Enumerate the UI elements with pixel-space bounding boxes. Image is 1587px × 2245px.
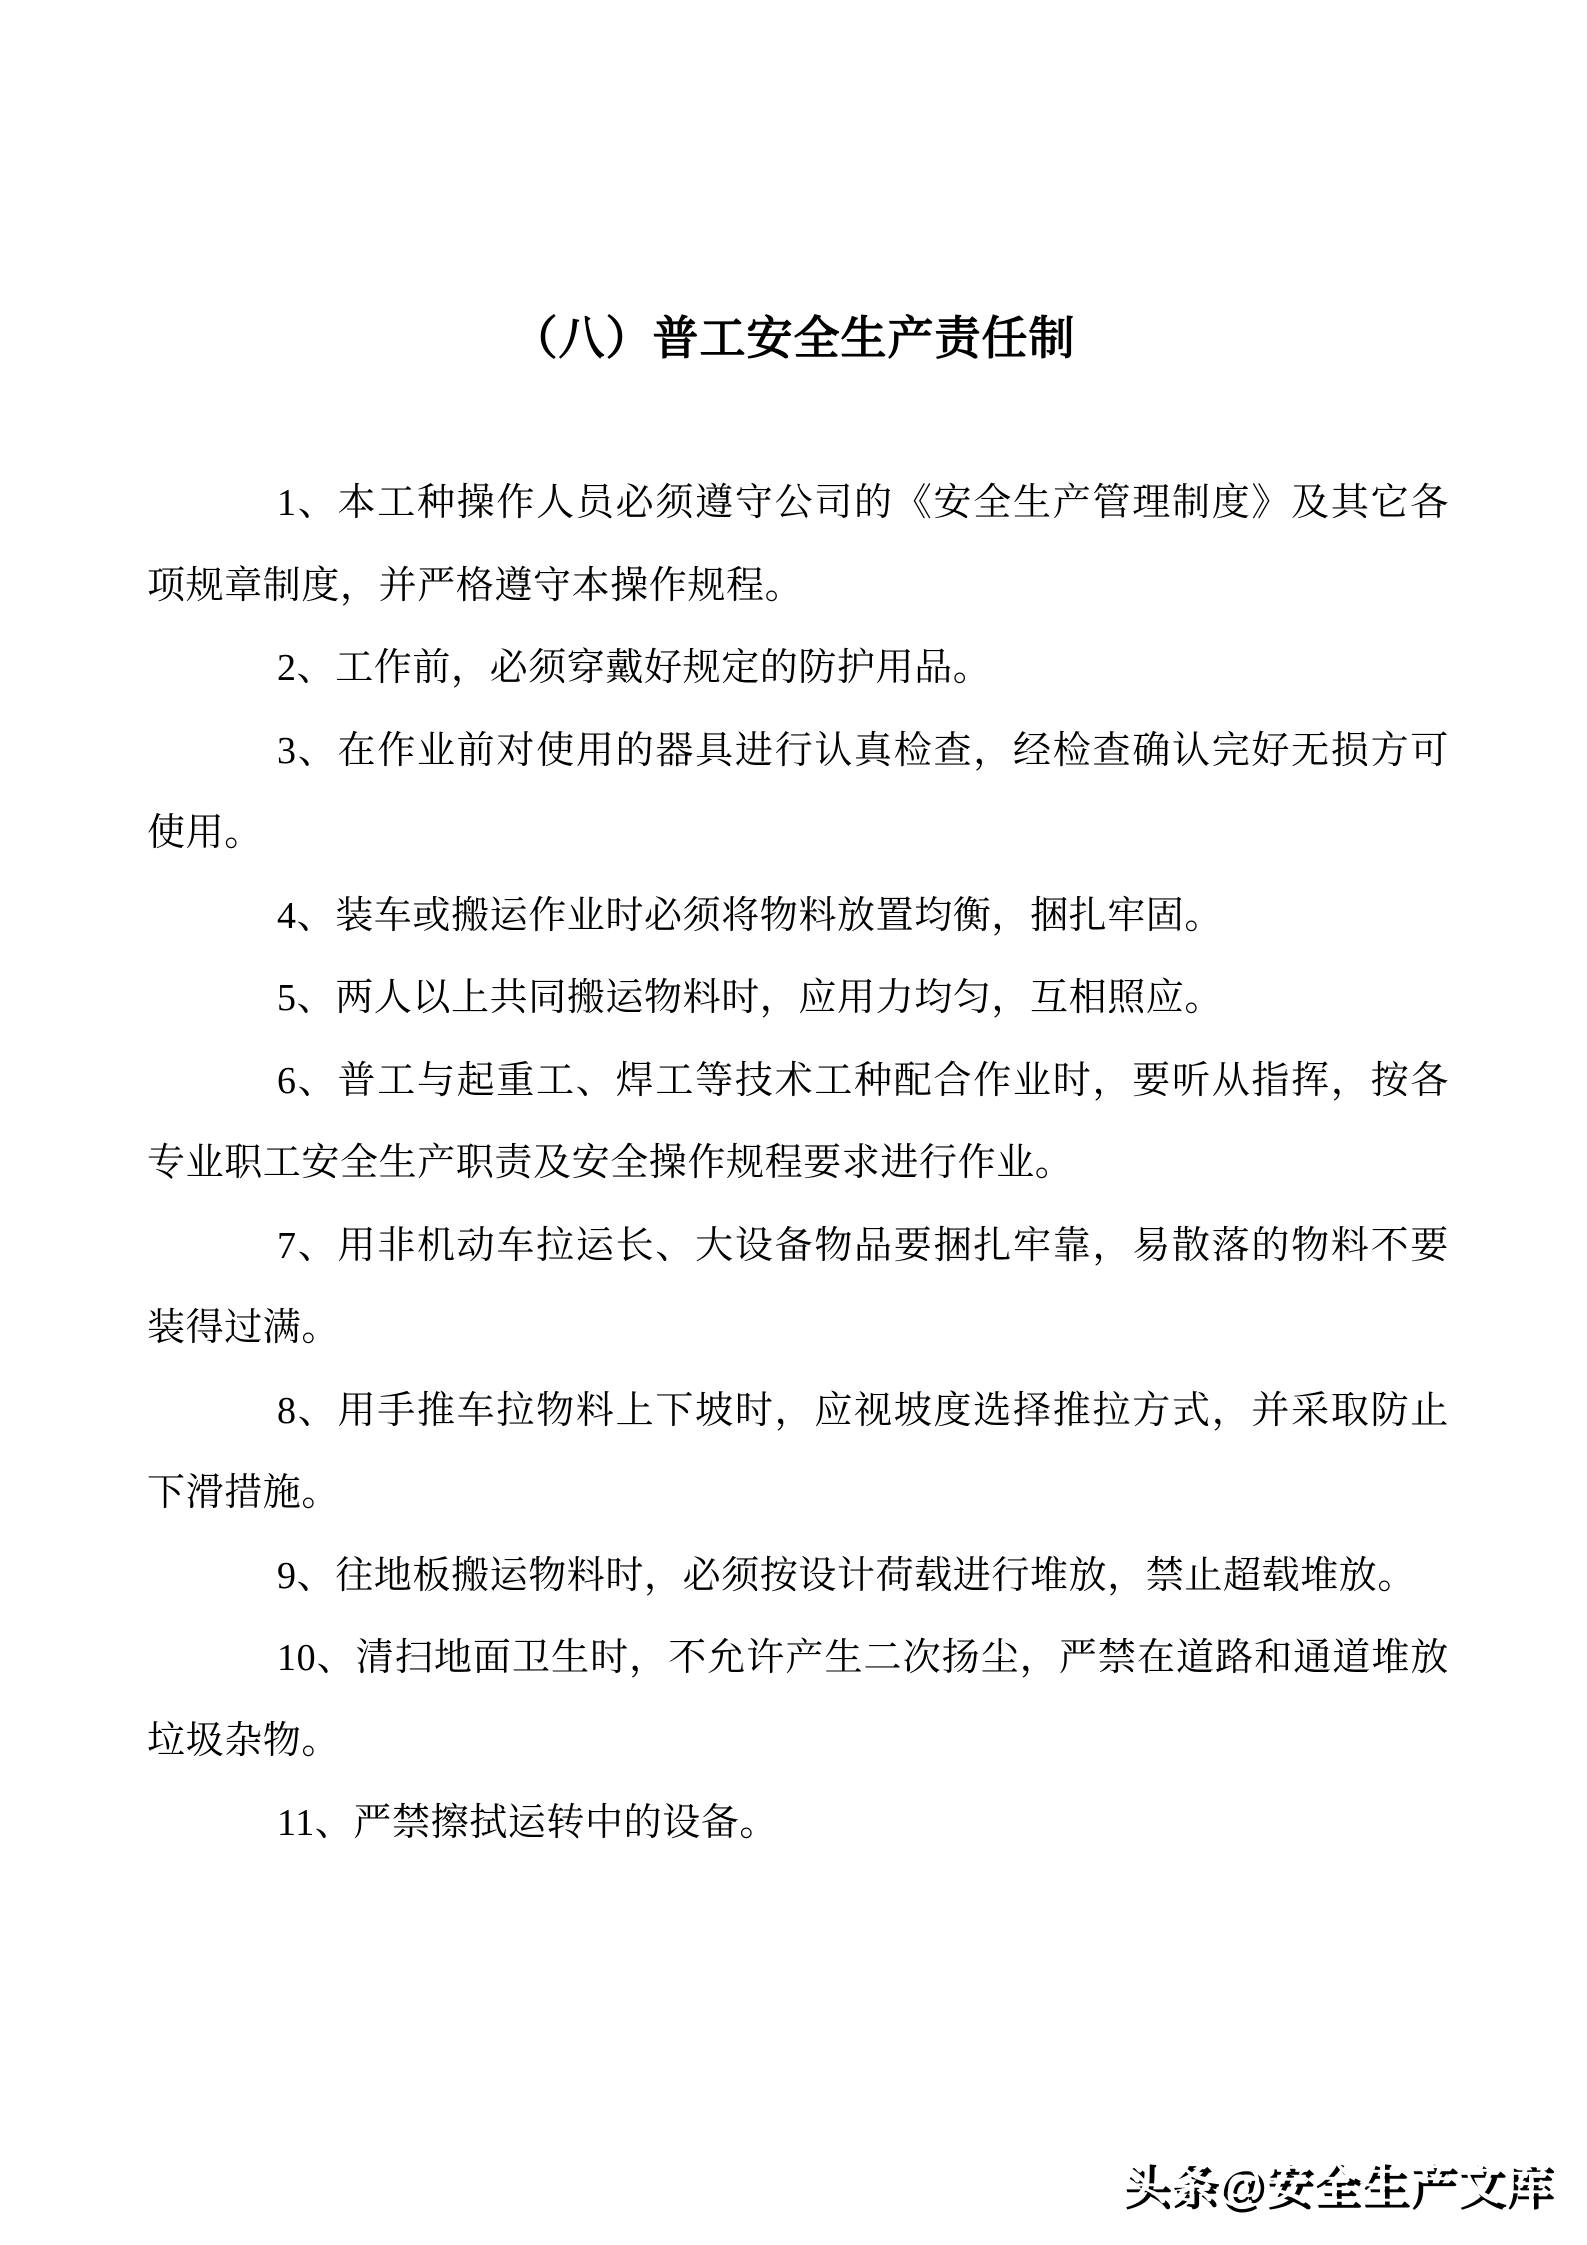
paragraph-3: 3、在作业前对使用的器具进行认真检查，经检查确认完好无损方可使用。	[147, 710, 1449, 875]
paragraph-2: 2、工作前，必须穿戴好规定的防护用品。	[147, 627, 1449, 710]
document-page: （八）普工安全生产责任制 1、本工种操作人员必须遵守公司的《安全生产管理制度》及…	[0, 0, 1587, 2245]
paragraph-10: 10、清扫地面卫生时，不允许产生二次扬尘，严禁在道路和通道堆放垃圾杂物。	[147, 1617, 1449, 1782]
paragraph-6: 6、普工与起重工、焊工等技术工种配合作业时，要听从指挥，按各专业职工安全生产职责…	[147, 1040, 1449, 1205]
paragraph-11: 11、严禁擦拭运转中的设备。	[147, 1782, 1449, 1865]
paragraph-5: 5、两人以上共同搬运物料时，应用力均匀，互相照应。	[147, 957, 1449, 1040]
paragraph-1: 1、本工种操作人员必须遵守公司的《安全生产管理制度》及其它各项规章制度，并严格遵…	[147, 462, 1449, 627]
watermark: 头条@安全生产文库 头条@安全生产文库	[1120, 2146, 1551, 2213]
paragraph-9: 9、往地板搬运物料时，必须按设计荷载进行堆放，禁止超载堆放。	[147, 1535, 1449, 1618]
paragraph-4: 4、装车或搬运作业时必须将物料放置均衡，捆扎牢固。	[147, 875, 1449, 958]
paragraph-7: 7、用非机动车拉运长、大设备物品要捆扎牢靠，易散落的物料不要装得过满。	[147, 1205, 1449, 1370]
document-title: （八）普工安全生产责任制	[0, 302, 1587, 368]
watermark-text: 头条@安全生产文库	[1120, 2156, 1551, 2209]
document-body: 1、本工种操作人员必须遵守公司的《安全生产管理制度》及其它各项规章制度，并严格遵…	[147, 462, 1449, 1865]
paragraph-8: 8、用手推车拉物料上下坡时，应视坡度选择推拉方式，并采取防止下滑措施。	[147, 1370, 1449, 1535]
